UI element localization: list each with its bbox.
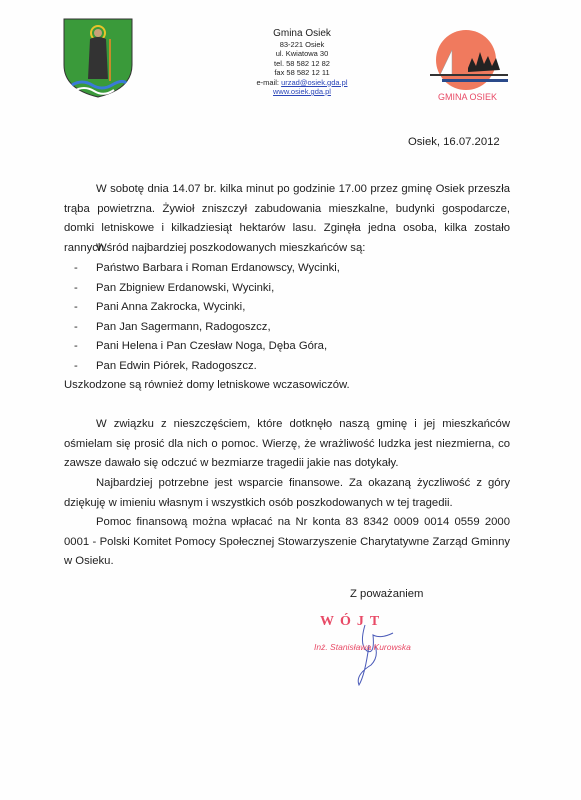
fax: fax 58 582 12 11 <box>232 68 372 77</box>
paragraph-2: W związku z nieszczęściem, które dotknęł… <box>64 415 510 474</box>
sun-sailboat-logo-icon: GMINA OSIEK <box>418 28 518 113</box>
list-item-text: Pan Jan Sagermann, Radogoszcz, <box>96 321 271 333</box>
coat-of-arms-icon <box>62 17 134 99</box>
list-item: -Pan Jan Sagermann, Radogoszcz, <box>74 321 271 333</box>
paragraph-3: Najbardziej potrzebne jest wsparcie fina… <box>64 474 510 513</box>
svg-text:GMINA OSIEK: GMINA OSIEK <box>438 92 497 102</box>
list-item-text: Państwo Barbara i Roman Erdanowscy, Wyci… <box>96 262 340 274</box>
address-block: Gmina Osiek 83-221 Osiek ul. Kwiatowa 30… <box>232 28 372 96</box>
list-dash: - <box>74 321 96 333</box>
list-item: -Państwo Barbara i Roman Erdanowscy, Wyc… <box>74 262 340 274</box>
list-dash: - <box>74 360 96 372</box>
after-list-note: Uszkodzone są również domy letniskowe wc… <box>64 376 510 396</box>
street: ul. Kwiatowa 30 <box>232 49 372 58</box>
list-item: -Pan Zbigniew Erdanowski, Wycinki, <box>74 282 274 294</box>
phone: tel. 58 582 12 82 <box>232 59 372 68</box>
letter-date: Osiek, 16.07.2012 <box>408 136 500 148</box>
list-item: -Pan Edwin Piórek, Radogoszcz. <box>74 360 257 372</box>
list-item: -Pani Helena i Pan Czesław Noga, Dęba Gó… <box>74 340 327 352</box>
list-dash: - <box>74 262 96 274</box>
list-dash: - <box>74 340 96 352</box>
list-item: -Pani Anna Zakrocka, Wycinki, <box>74 301 245 313</box>
email-label: e-mail: <box>257 78 282 87</box>
list-item-text: Pan Edwin Piórek, Radogoszcz. <box>96 360 257 372</box>
handwritten-signature-icon <box>335 615 415 695</box>
bank-account-paragraph: Pomoc finansową można wpłacać na Nr kont… <box>64 513 510 572</box>
list-item-text: Pani Helena i Pan Czesław Noga, Dęba Gór… <box>96 340 327 352</box>
list-intro: Wśród najbardziej poszkodowanych mieszka… <box>64 239 510 259</box>
list-item-text: Pani Anna Zakrocka, Wycinki, <box>96 301 245 313</box>
signer-name: Inż. Stanisława Kurowska <box>314 642 411 652</box>
email-link[interactable]: urzad@osiek.gda.pl <box>281 78 347 87</box>
list-item-text: Pan Zbigniew Erdanowski, Wycinki, <box>96 282 274 294</box>
office-name: Gmina Osiek <box>232 28 372 40</box>
postal-code: 83-221 Osiek <box>232 40 372 49</box>
website-link[interactable]: www.osiek.gda.pl <box>273 87 331 96</box>
list-dash: - <box>74 301 96 313</box>
closing-greeting: Z poważaniem <box>350 588 423 600</box>
list-dash: - <box>74 282 96 294</box>
